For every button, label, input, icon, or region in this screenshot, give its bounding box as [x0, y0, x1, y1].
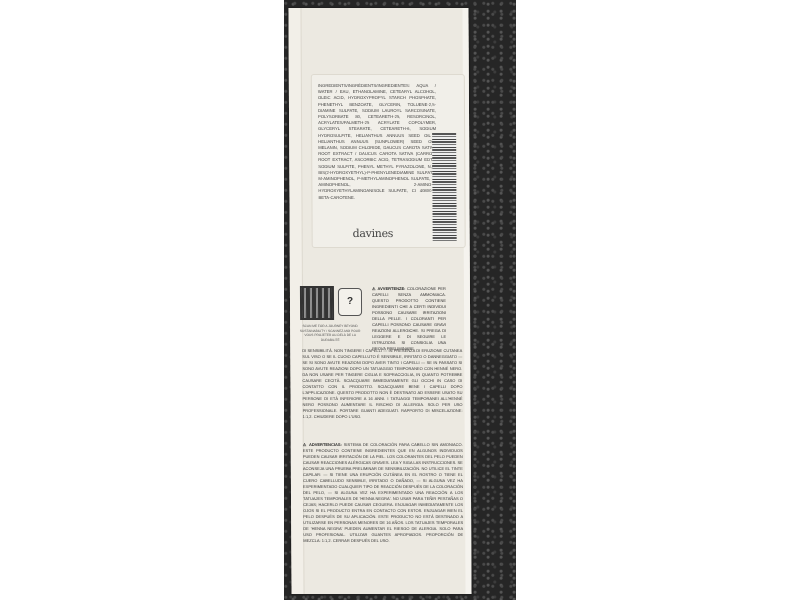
- qr-code-icon: [300, 286, 334, 320]
- warning-italian-intro: COLORAZIONE PER CAPELLI SENZA AMMONIACA.…: [372, 286, 446, 351]
- warning-italian-continued: DI SENSIBILITÀ. NON TINGERE I CAPELLI — …: [302, 348, 462, 420]
- warning-italian: ⚠ AVVERTENZE: COLORAZIONE PER CAPELLI SE…: [372, 286, 446, 352]
- barcode-icon: [432, 133, 457, 241]
- brand-logo: davines: [353, 227, 394, 240]
- warning-spanish-body: SISTEMA DE COLORACIÓN PARA CABELLO SIN A…: [303, 442, 463, 543]
- warning-triangle-icon: ⚠: [303, 442, 307, 447]
- warning-spanish: ⚠ ADVERTENCIAS: SISTEMA DE COLORACIÓN PA…: [303, 442, 464, 544]
- warning-italian-heading: AVVERTENZE:: [378, 286, 406, 291]
- ingredients-list: INGREDIENTS/INGRÉDIENTS/INGREDIENTES: AQ…: [318, 83, 437, 201]
- warning-spanish-heading: ADVERTENCIAS:: [309, 442, 342, 447]
- ingredients-sticker-label: INGREDIENTS/INGRÉDIENTS/INGREDIENTES: AQ…: [311, 74, 466, 248]
- warning-triangle-icon: ⚠: [372, 286, 376, 291]
- recycle-bin-question-icon: ?: [338, 288, 362, 316]
- product-box-panel: INGREDIENTS/INGRÉDIENTS/INGREDIENTES: AQ…: [288, 8, 471, 594]
- question-mark: ?: [347, 296, 353, 307]
- qr-caption: SCAN ME FOR A JOURNEY BEYOND SUSTAINABIL…: [298, 324, 362, 342]
